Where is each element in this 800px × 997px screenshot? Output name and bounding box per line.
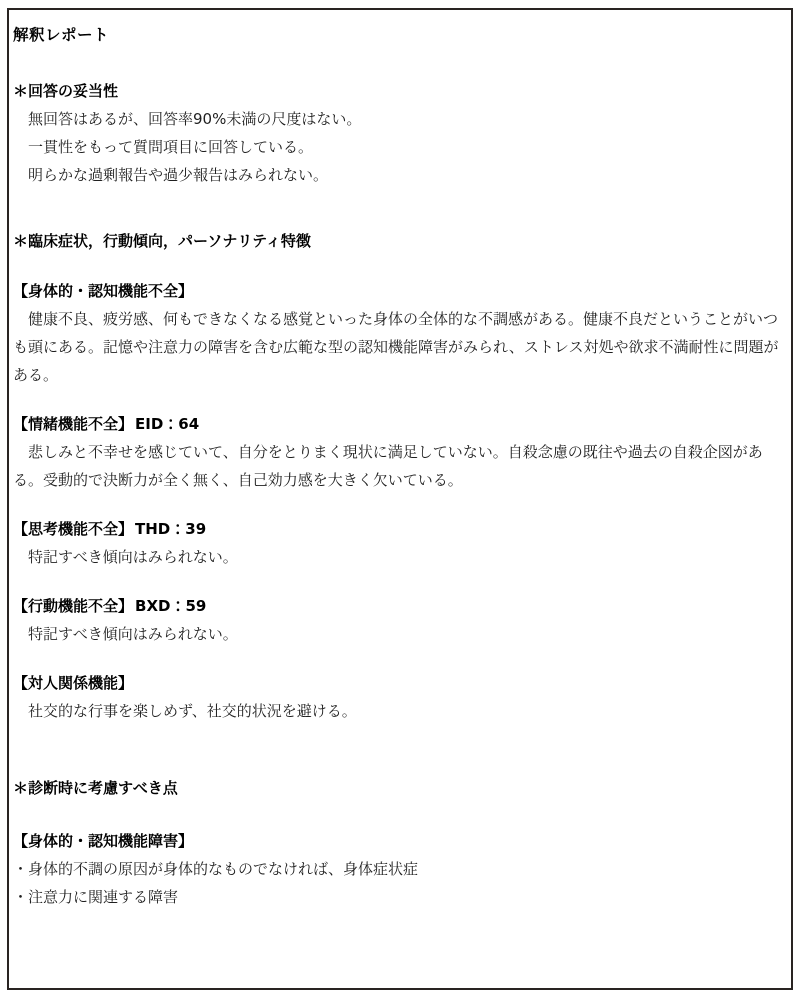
validity-statement-2: 一貫性をもって質問項目に回答している。 <box>13 133 783 161</box>
subsection-interpersonal-functioning: 【対人関係機能】 社交的な行事を楽しめず、社交的状況を避ける。 <box>13 669 783 725</box>
subsection-emotional-dysfunction: 【情緒機能不全】EID：64 悲しみと不幸せを感じていて、自分をとりまく現状に満… <box>13 410 783 494</box>
scale-name: 【情緒機能不全】 <box>13 415 133 433</box>
scale-score-eid: EID：64 <box>135 415 199 433</box>
subsection-heading-interpersonal: 【対人関係機能】 <box>13 669 783 697</box>
subsection-heading-somatic-cognitive: 【身体的・認知機能不全】 <box>13 277 783 305</box>
scale-score-thd: THD：39 <box>135 520 206 538</box>
scale-name: 【身体的・認知機能不全】 <box>13 282 193 300</box>
subsection-text-emotional: 悲しみと不幸せを感じていて、自分をとりまく現状に満足していない。自殺念慮の既往や… <box>13 438 783 494</box>
subsection-heading-behavioral: 【行動機能不全】BXD：59 <box>13 592 783 620</box>
subsection-somatic-cognitive-dysfunction: 【身体的・認知機能不全】 健康不良、疲労感、何もできなくなる感覚といった身体の全… <box>13 277 783 389</box>
subsection-heading-thought: 【思考機能不全】THD：39 <box>13 515 783 543</box>
section-heading-diagnostic-considerations: ＊診断時に考慮すべき点 <box>13 774 783 802</box>
report-title: 解釈レポート <box>13 21 783 49</box>
subsection-behavioral-dysfunction: 【行動機能不全】BXD：59 特記すべき傾向はみられない。 <box>13 592 783 648</box>
subsection-thought-dysfunction: 【思考機能不全】THD：39 特記すべき傾向はみられない。 <box>13 515 783 571</box>
subsection-heading-emotional: 【情緒機能不全】EID：64 <box>13 410 783 438</box>
subsection-text-behavioral: 特記すべき傾向はみられない。 <box>13 620 783 648</box>
subsection-text-thought: 特記すべき傾向はみられない。 <box>13 543 783 571</box>
report-document: 解釈レポート ＊回答の妥当性 無回答はあるが、回答率90%未満の尺度はない。 一… <box>7 8 793 990</box>
diagnostic-bullet-1: ・身体的不調の原因が身体的なものでなければ、身体症状症 <box>13 855 783 883</box>
subsection-heading-somatic-cognitive-disorder: 【身体的・認知機能障害】 <box>13 827 783 855</box>
scale-name: 【思考機能不全】 <box>13 520 133 538</box>
validity-statement-3: 明らかな過剰報告や過少報告はみられない。 <box>13 161 783 189</box>
validity-statement-1: 無回答はあるが、回答率90%未満の尺度はない。 <box>13 105 783 133</box>
section-heading-response-validity: ＊回答の妥当性 <box>13 77 783 105</box>
scale-name: 【対人関係機能】 <box>13 674 133 692</box>
section-diagnostic-considerations: ＊診断時に考慮すべき点 【身体的・認知機能障害】 ・身体的不調の原因が身体的なも… <box>13 774 783 911</box>
section-heading-clinical-features: ＊臨床症状，行動傾向，パーソナリティ特徴 <box>13 227 783 255</box>
subsection-text-interpersonal: 社交的な行事を楽しめず、社交的状況を避ける。 <box>13 697 783 725</box>
subsection-text-somatic-cognitive: 健康不良、疲労感、何もできなくなる感覚といった身体の全体的な不調感がある。健康不… <box>13 305 783 389</box>
scale-name: 【行動機能不全】 <box>13 597 133 615</box>
diagnostic-bullet-2: ・注意力に関連する障害 <box>13 883 783 911</box>
section-clinical-features: ＊臨床症状，行動傾向，パーソナリティ特徴 【身体的・認知機能不全】 健康不良、疲… <box>13 227 783 725</box>
section-response-validity: ＊回答の妥当性 無回答はあるが、回答率90%未満の尺度はない。 一貫性をもって質… <box>13 77 783 189</box>
scale-score-bxd: BXD：59 <box>135 597 206 615</box>
